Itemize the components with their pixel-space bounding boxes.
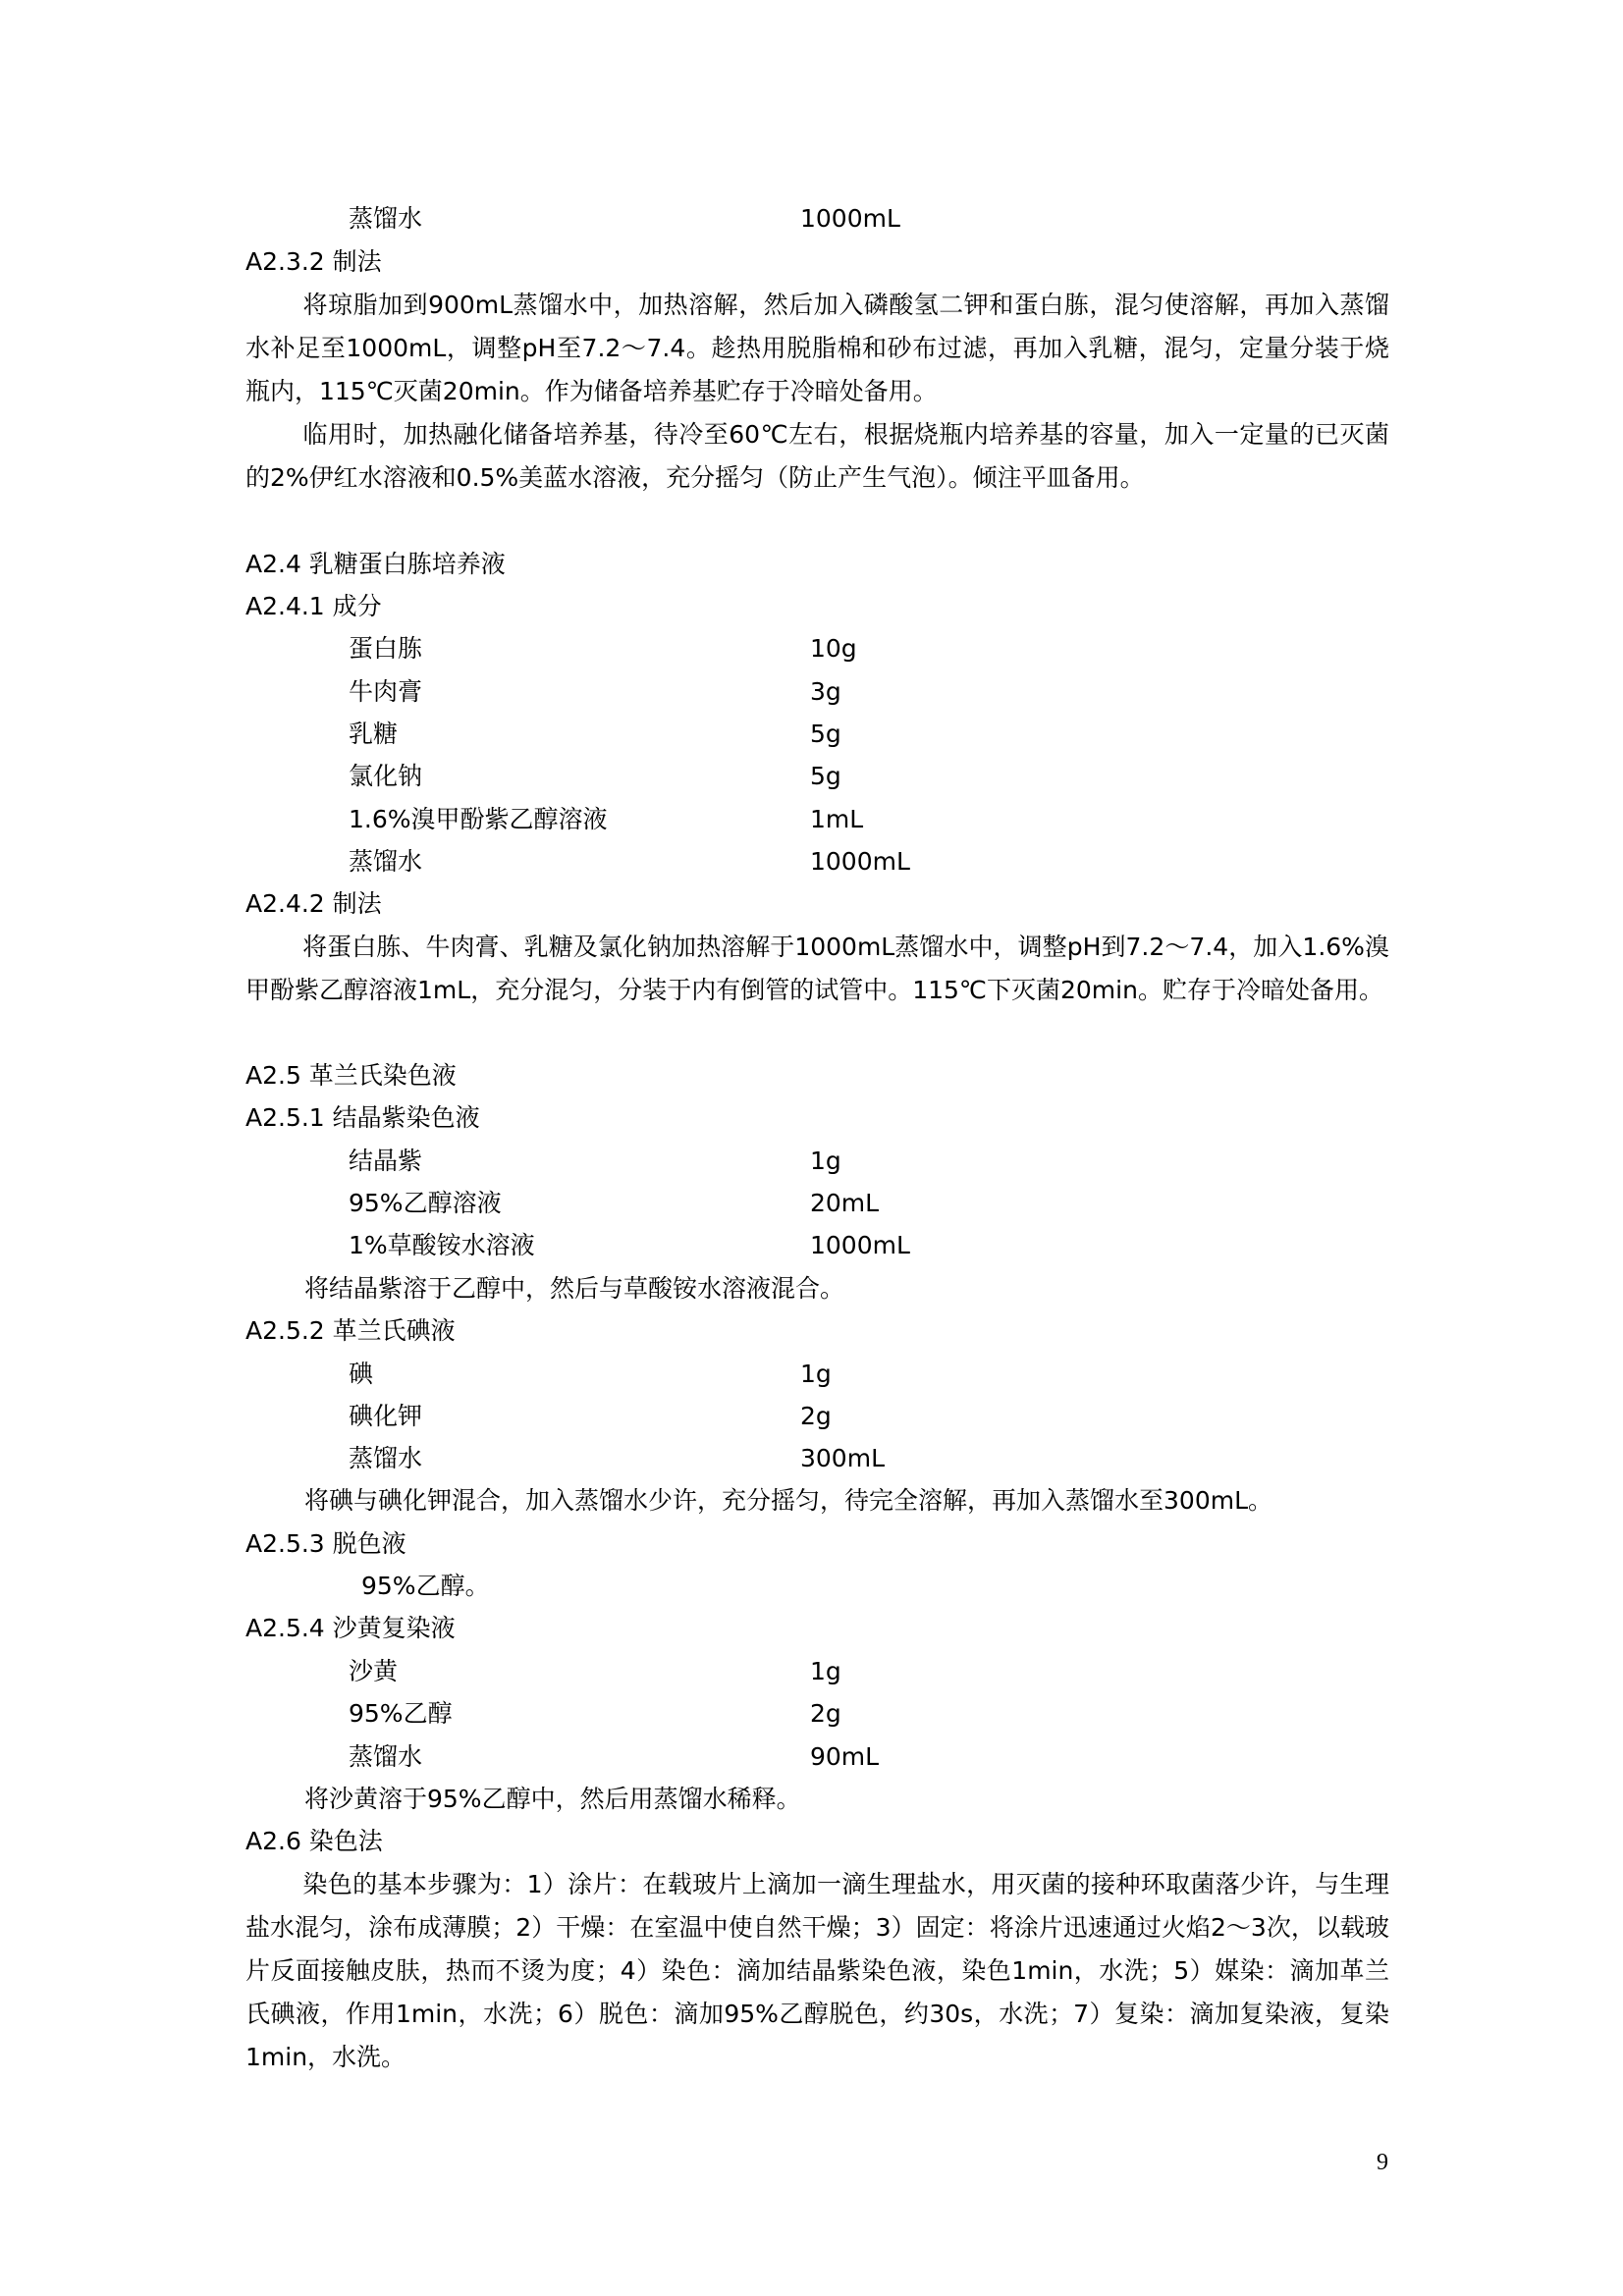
ingredient-amount: 1000mL — [800, 204, 900, 234]
page-number: 9 — [1377, 2150, 1388, 2176]
ingredient-name: 蒸馏水 — [349, 1742, 422, 1772]
ingredient-name: 沙黄 — [349, 1657, 398, 1686]
ingredient-name: 95%乙醇 — [349, 1699, 453, 1729]
section-heading: A2.5.3 脱色液 — [245, 1529, 406, 1559]
ingredient-amount: 90mL — [810, 1742, 879, 1772]
section-heading: A2.5.2 革兰氏碘液 — [245, 1316, 456, 1346]
ingredient-name: 1.6%溴甲酚紫乙醇溶液 — [349, 805, 608, 834]
paragraph-text: 将琼脂加到900mL蒸馏水中，加热溶解，然后加入磷酸氢二钾和蛋白胨，混匀使溶解，… — [245, 291, 1389, 405]
ingredient-amount: 3g — [810, 677, 841, 707]
ingredient-name: 碘化钾 — [349, 1402, 422, 1431]
ingredient-amount: 1mL — [810, 805, 863, 834]
ingredient-amount: 1000mL — [810, 1231, 910, 1260]
preparation-note: 将碘与碘化钾混合，加入蒸馏水少许，充分摇匀，待完全溶解，再加入蒸馏水至300mL… — [304, 1486, 1272, 1516]
ingredient-name: 结晶紫 — [349, 1147, 422, 1176]
ingredient-name: 蛋白胨 — [349, 634, 422, 664]
paragraph-text: 将蛋白胨、牛肉膏、乳糖及氯化钠加热溶解于1000mL蒸馏水中，调整pH到7.2～… — [245, 933, 1389, 1004]
ingredient-amount: 300mL — [800, 1444, 885, 1473]
ingredient-name: 蒸馏水 — [349, 204, 422, 234]
ingredient-amount: 2g — [800, 1402, 832, 1431]
ingredient-amount: 1000mL — [810, 847, 910, 877]
section-heading: A2.5.1 结晶紫染色液 — [245, 1103, 480, 1133]
ingredient-name: 1%草酸铵水溶液 — [349, 1231, 535, 1260]
ingredient-amount: 20mL — [810, 1189, 879, 1218]
ingredient-name: 碘 — [349, 1360, 373, 1389]
ingredient-name: 蒸馏水 — [349, 1444, 422, 1473]
section-heading: A2.6 染色法 — [245, 1827, 383, 1856]
preparation-note: 将沙黄溶于95%乙醇中，然后用蒸馏水稀释。 — [304, 1785, 801, 1814]
decolorizer-content: 95%乙醇。 — [361, 1572, 490, 1601]
ingredient-amount: 5g — [810, 720, 841, 749]
paragraph: 将琼脂加到900mL蒸馏水中，加热溶解，然后加入磷酸氢二钾和蛋白胨，混匀使溶解，… — [245, 284, 1389, 413]
ingredient-name: 95%乙醇溶液 — [349, 1189, 502, 1218]
ingredient-name: 氯化钠 — [349, 762, 422, 791]
section-heading: A2.4 乳糖蛋白胨培养液 — [245, 550, 506, 579]
preparation-note: 将结晶紫溶于乙醇中，然后与草酸铵水溶液混合。 — [304, 1274, 844, 1304]
ingredient-amount: 5g — [810, 762, 841, 791]
paragraph: 染色的基本步骤为：1）涂片：在载玻片上滴加一滴生理盐水，用灭菌的接种环取菌落少许… — [245, 1863, 1389, 2079]
ingredient-name: 牛肉膏 — [349, 677, 422, 707]
section-heading: A2.4.1 成分 — [245, 592, 382, 621]
paragraph: 临用时，加热融化储备培养基，待冷至60℃左右，根据烧瓶内培养基的容量，加入一定量… — [245, 413, 1389, 500]
ingredient-amount: 1g — [800, 1360, 832, 1389]
ingredient-amount: 1g — [810, 1657, 841, 1686]
ingredient-amount: 2g — [810, 1699, 841, 1729]
paragraph-text: 临用时，加热融化储备培养基，待冷至60℃左右，根据烧瓶内培养基的容量，加入一定量… — [245, 420, 1389, 492]
section-heading: A2.3.2 制法 — [245, 247, 382, 277]
ingredient-name: 乳糖 — [349, 720, 398, 749]
paragraph: 将蛋白胨、牛肉膏、乳糖及氯化钠加热溶解于1000mL蒸馏水中，调整pH到7.2～… — [245, 926, 1389, 1012]
paragraph-text: 染色的基本步骤为：1）涂片：在载玻片上滴加一滴生理盐水，用灭菌的接种环取菌落少许… — [245, 1870, 1389, 2071]
section-heading: A2.4.2 制法 — [245, 889, 382, 919]
section-heading: A2.5 革兰氏染色液 — [245, 1061, 457, 1091]
ingredient-name: 蒸馏水 — [349, 847, 422, 877]
ingredient-amount: 10g — [810, 634, 857, 664]
ingredient-amount: 1g — [810, 1147, 841, 1176]
section-heading: A2.5.4 沙黄复染液 — [245, 1614, 456, 1643]
